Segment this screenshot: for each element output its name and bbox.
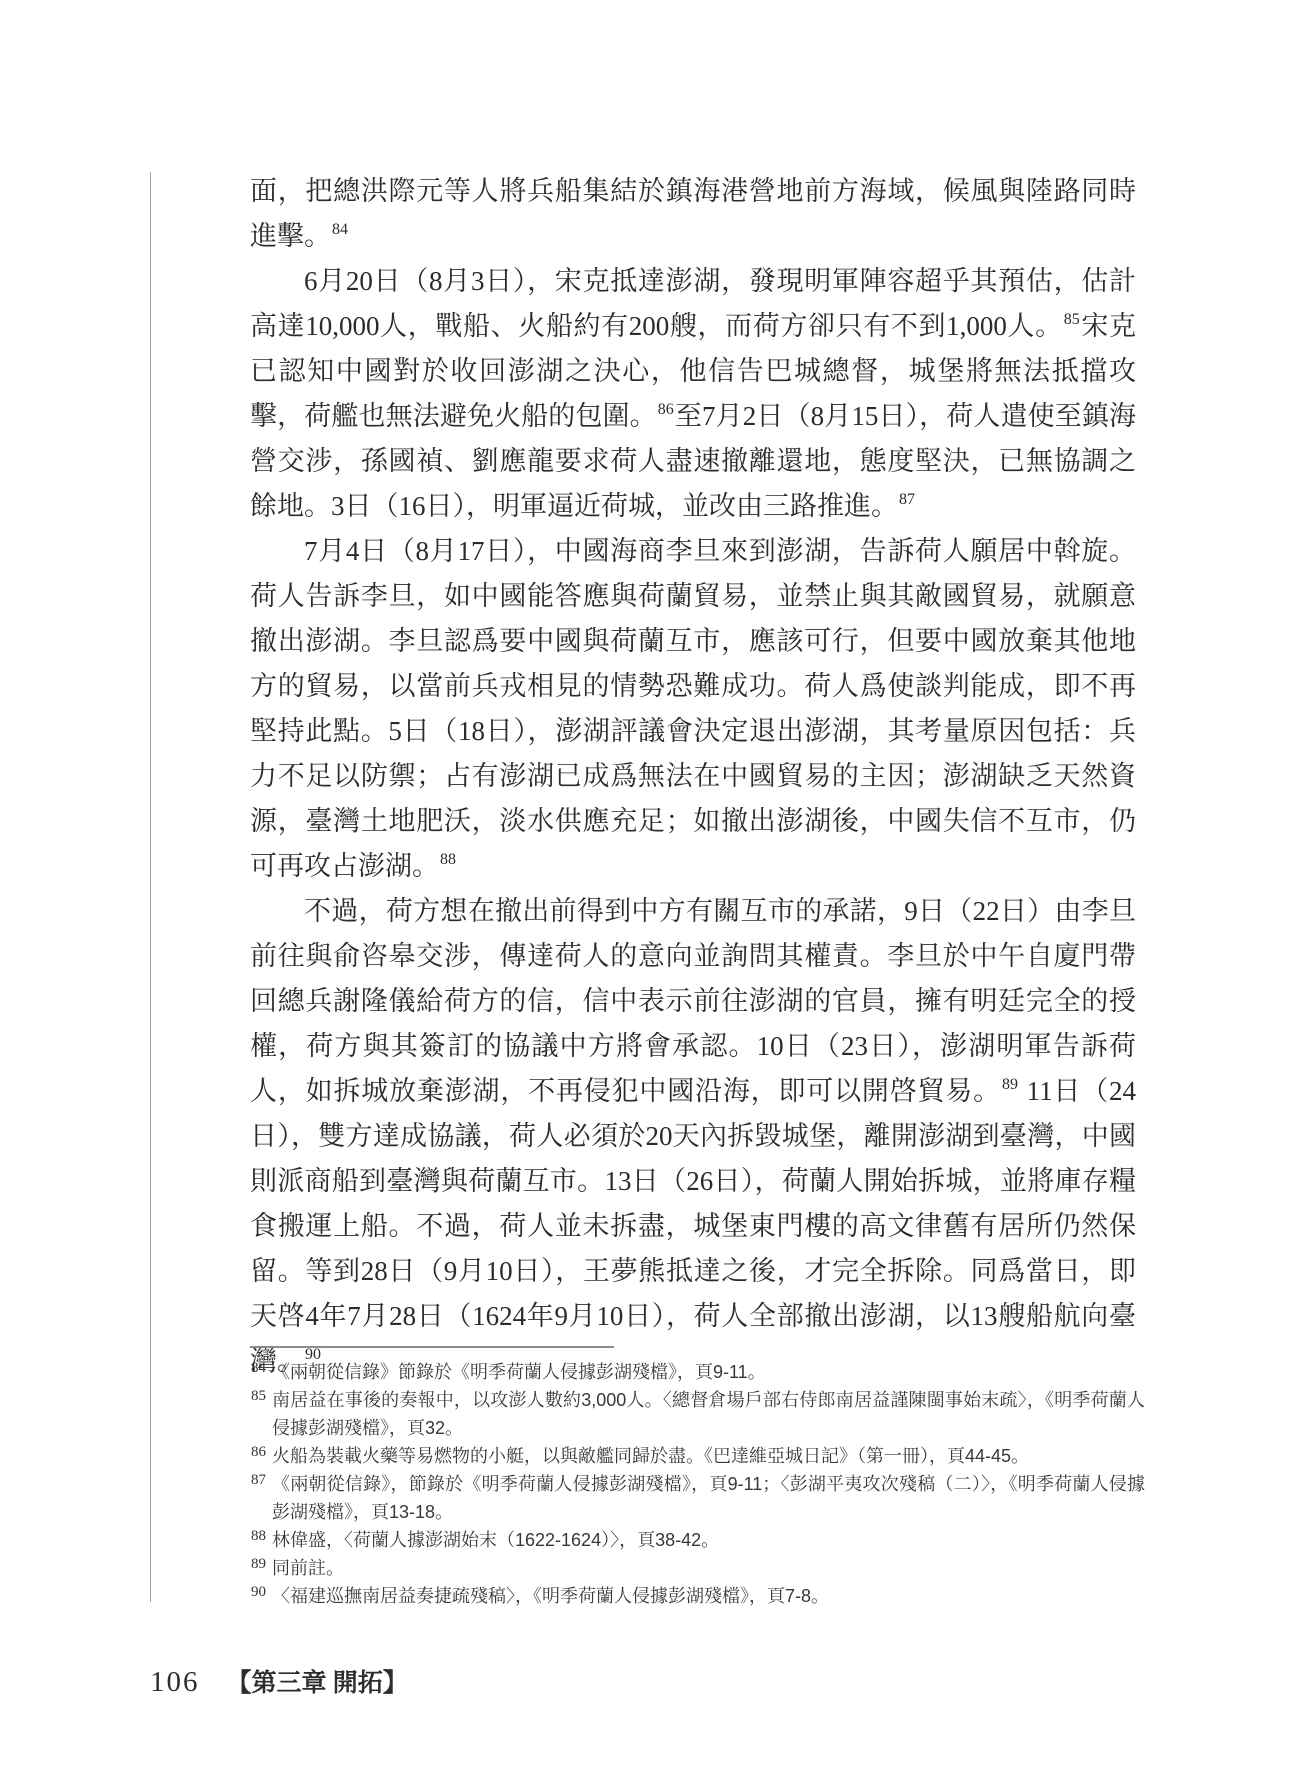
body-text: 面，把總洪際元等人將兵船集結於鎮海港營地前方海域，候風與陸路同時進擊。846月2… xyxy=(250,169,1136,1384)
footnote-text: 林偉盛，〈荷蘭人據澎湖始末（1622-1624）〉，頁38-42。 xyxy=(272,1530,719,1550)
text-run: 不過，荷方想在撤出前得到中方有關互市的承諾，9日（22日）由李旦前往與俞咨皋交涉… xyxy=(250,896,1136,1106)
footnote-item: 90〈福建巡撫南居益奏捷疏殘稿〉，《明季荷蘭人侵據彭湖殘檔》，頁7-8。 xyxy=(253,1582,1145,1610)
footnote-item: 88林偉盛，〈荷蘭人據澎湖始末（1622-1624）〉，頁38-42。 xyxy=(253,1526,1145,1554)
footnote-item: 85南居益在事後的奏報中，以攻澎人數約3,000人。〈總督倉場戶部右侍郎南居益謹… xyxy=(253,1386,1145,1442)
footnote-text: 《兩朝從信錄》節錄於《明季荷蘭人侵據彭湖殘檔》，頁9-11。 xyxy=(272,1362,766,1382)
footnote-reference: 87 xyxy=(899,491,915,508)
footnote-reference: 86 xyxy=(658,401,674,418)
paragraph: 不過，荷方想在撤出前得到中方有關互市的承諾，9日（22日）由李旦前往與俞咨皋交涉… xyxy=(250,889,1136,1384)
paragraph: 7月4日（8月17日），中國海商李旦來到澎湖，告訴荷人願居中斡旋。荷人告訴李旦，… xyxy=(250,529,1136,889)
page-footer: 106 【第三章 開拓】 xyxy=(150,1663,408,1699)
footnote-item: 84《兩朝從信錄》節錄於《明季荷蘭人侵據彭湖殘檔》，頁9-11。 xyxy=(253,1358,1145,1386)
text-run: 面，把總洪際元等人將兵船集結於鎮海港營地前方海域，候風與陸路同時進擊。 xyxy=(250,176,1136,251)
footnote-item: 86火船為裝載火藥等易燃物的小艇，以與敵艦同歸於盡。《巴達維亞城日記》（第一冊）… xyxy=(253,1442,1145,1470)
footnote-number: 88 xyxy=(251,1522,266,1550)
footnote-number: 87 xyxy=(251,1466,266,1494)
left-margin-line xyxy=(150,172,151,1602)
chapter-label: 【第三章 開拓】 xyxy=(227,1663,408,1699)
text-run: 7月4日（8月17日），中國海商李旦來到澎湖，告訴荷人願居中斡旋。荷人告訴李旦，… xyxy=(250,536,1136,881)
footnote-text: 南居益在事後的奏報中，以攻澎人數約3,000人。〈總督倉場戶部右侍郎南居益謹陳閩… xyxy=(272,1390,1145,1438)
footnote-reference: 85 xyxy=(1064,311,1080,328)
footnote-text: 〈福建巡撫南居益奏捷疏殘稿〉，《明季荷蘭人侵據彭湖殘檔》，頁7-8。 xyxy=(272,1586,829,1606)
footnote-number: 86 xyxy=(251,1438,266,1466)
footnotes-section: 84《兩朝從信錄》節錄於《明季荷蘭人侵據彭湖殘檔》，頁9-11。85南居益在事後… xyxy=(253,1358,1145,1610)
footnote-item: 89同前註。 xyxy=(253,1554,1145,1582)
footnote-separator-rule xyxy=(250,1346,614,1348)
footnote-text: 《兩朝從信錄》，節錄於《明季荷蘭人侵據彭湖殘檔》，頁9-11；〈彭湖平夷攻次殘稿… xyxy=(272,1474,1145,1522)
footnote-number: 85 xyxy=(251,1382,266,1410)
footnote-reference: 84 xyxy=(332,221,348,238)
text-run: 6月20日（8月3日），宋克抵達澎湖，發現明軍陣容超乎其預估，估計高達10,00… xyxy=(250,266,1136,341)
footnote-text: 火船為裝載火藥等易燃物的小艇，以與敵艦同歸於盡。《巴達維亞城日記》（第一冊），頁… xyxy=(272,1446,1029,1466)
book-page: 面，把總洪際元等人將兵船集結於鎮海港營地前方海域，候風與陸路同時進擊。846月2… xyxy=(0,0,1300,1779)
footnote-reference: 88 xyxy=(440,851,456,868)
footnote-reference: 89 xyxy=(1002,1076,1018,1093)
footnote-text: 同前註。 xyxy=(272,1558,344,1578)
page-number: 106 xyxy=(150,1666,200,1699)
paragraph: 6月20日（8月3日），宋克抵達澎湖，發現明軍陣容超乎其預估，估計高達10,00… xyxy=(250,259,1136,529)
footnote-item: 87《兩朝從信錄》，節錄於《明季荷蘭人侵據彭湖殘檔》，頁9-11；〈彭湖平夷攻次… xyxy=(253,1470,1145,1526)
footnote-number: 90 xyxy=(251,1578,266,1606)
footnote-number: 84 xyxy=(251,1354,266,1382)
footnote-number: 89 xyxy=(251,1550,266,1578)
text-run: 11日（24日），雙方達成協議，荷人必須於20天內拆毀城堡，離開澎湖到臺灣，中國… xyxy=(250,1076,1136,1376)
paragraph: 面，把總洪際元等人將兵船集結於鎮海港營地前方海域，候風與陸路同時進擊。84 xyxy=(250,169,1136,259)
